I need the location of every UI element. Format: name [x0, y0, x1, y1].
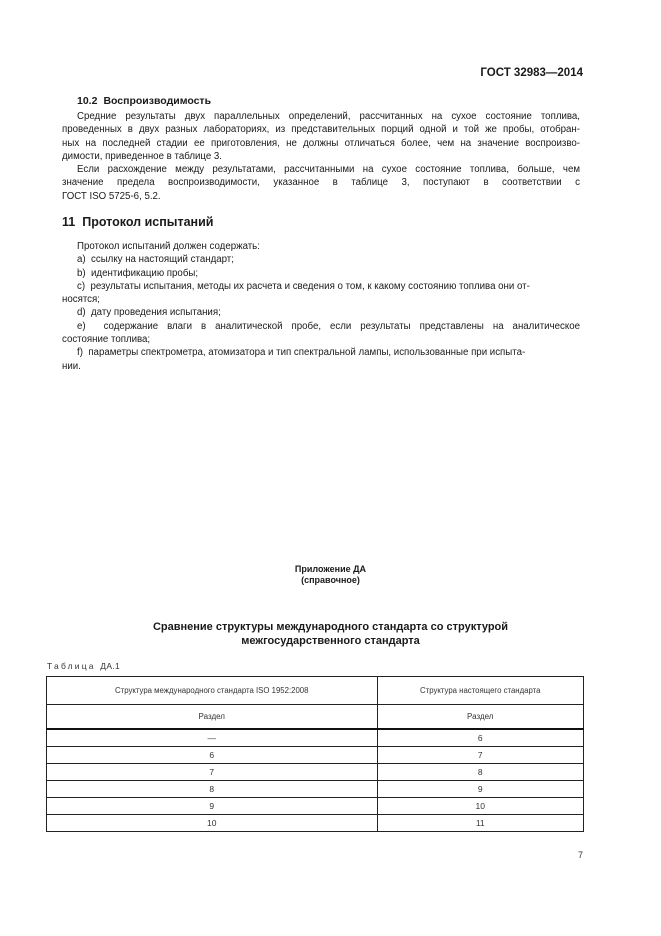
section-number: 11	[62, 215, 75, 229]
list-item-continuation: состояние топлива;	[62, 333, 580, 346]
text-line: Средние результаты двух параллельных опр…	[62, 110, 580, 123]
table-row: 1011	[47, 815, 584, 832]
table-cell: —	[47, 729, 378, 747]
list-item: d) дату проведения испытания;	[62, 306, 580, 319]
text-line: ГОСТ ISO 5725-6, 5.2.	[62, 190, 580, 203]
table-cell: 6	[377, 729, 584, 747]
table-subheader-cell: Раздел	[47, 705, 378, 730]
table-subheader-row: Раздел Раздел	[47, 705, 584, 730]
table-row: 67	[47, 747, 584, 764]
list-item: e) содержание влаги в аналитической проб…	[62, 320, 580, 333]
paragraph-reproducibility-1: Средние результаты двух параллельных опр…	[62, 110, 580, 203]
section-title: Протокол испытаний	[82, 215, 213, 229]
list-item: a) ссылку на настоящий стандарт;	[62, 253, 580, 266]
table-header-cell: Структура настоящего стандарта	[377, 677, 584, 705]
appendix-title: Приложение ДА	[0, 564, 661, 575]
section-title: Воспроизводимость	[103, 95, 211, 107]
text-line: ных на последней стадии ее приготовления…	[62, 137, 580, 150]
table-cell: 8	[47, 781, 378, 798]
standard-code: ГОСТ 32983—2014	[480, 67, 583, 79]
table-header-cell: Структура международного стандарта ISO 1…	[47, 677, 378, 705]
list-item: f) параметры спектрометра, атомизатора и…	[62, 346, 580, 359]
list-item: b) идентификацию пробы;	[62, 267, 580, 280]
appendix-heading-line-2: межгосударственного стандарта	[0, 634, 661, 648]
page-number: 7	[578, 850, 583, 860]
section-11-heading: 11Протокол испытаний	[62, 215, 213, 229]
table-subheader-cell: Раздел	[377, 705, 584, 730]
appendix-heading-line-1: Сравнение структуры международного станд…	[0, 620, 661, 634]
structure-comparison-table: Структура международного стандарта ISO 1…	[46, 676, 584, 832]
table-cell: 9	[377, 781, 584, 798]
test-report-list: Протокол испытаний должен содержать: a) …	[62, 240, 580, 373]
table-row: 89	[47, 781, 584, 798]
list-item: c) результаты испытания, методы их расче…	[62, 280, 580, 293]
text-line: Если расхождение между результатами, рас…	[62, 163, 580, 176]
section-number: 10.2	[77, 95, 97, 107]
table-cell: 11	[377, 815, 584, 832]
table-label-word: Таблица	[47, 661, 96, 671]
table-cell: 6	[47, 747, 378, 764]
table-label-id: ДА.1	[100, 661, 120, 671]
text-line: димости, приведенное в таблице 3.	[62, 150, 580, 163]
table-cell: 8	[377, 764, 584, 781]
table-row: 78	[47, 764, 584, 781]
table-cell: 10	[47, 815, 378, 832]
list-intro: Протокол испытаний должен содержать:	[62, 240, 580, 253]
appendix-subtitle: (справочное)	[0, 575, 661, 586]
table-cell: 7	[377, 747, 584, 764]
text-line: значение предела воспроизводимости, указ…	[62, 176, 580, 189]
text-line: проведенных в двух разных лабораториях, …	[62, 123, 580, 136]
table-cell: 10	[377, 798, 584, 815]
table-header-row: Структура международного стандарта ISO 1…	[47, 677, 584, 705]
table-row: 910	[47, 798, 584, 815]
table-label: Таблица ДА.1	[47, 661, 120, 671]
table-row: —6	[47, 729, 584, 747]
table-cell: 9	[47, 798, 378, 815]
list-item-continuation: нии.	[62, 360, 580, 373]
table-cell: 7	[47, 764, 378, 781]
section-10-2-heading: 10.2Воспроизводимость	[77, 95, 211, 107]
list-item-continuation: носятся;	[62, 293, 580, 306]
